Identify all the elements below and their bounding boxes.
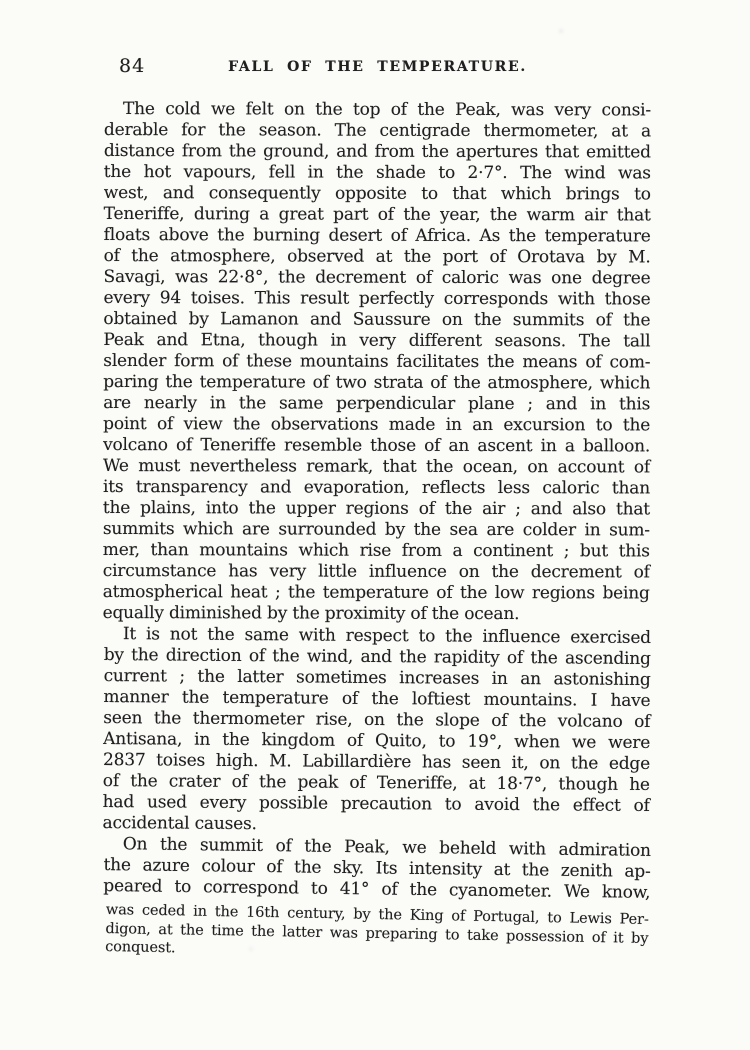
scan-artifact — [0, 0, 2, 2]
footnote: was ceded in the 16th century, by the Ki… — [105, 901, 649, 966]
text-line: mer, than mountains which rise from a co… — [103, 540, 650, 562]
text-line: atmospherical heat ; the temperature of … — [103, 582, 650, 604]
paragraph-1: The cold we felt on the top of the Peak,… — [103, 99, 651, 625]
text-line: its transparency and evaporation, reflec… — [103, 477, 650, 499]
text-line: equally diminished by the proximity of t… — [103, 603, 650, 625]
body-text: The cold we felt on the top of the Peak,… — [104, 99, 651, 897]
text-line: obtained by Lamanon and Saussure on the … — [103, 309, 650, 331]
text-line: the plains, into the upper regions of th… — [103, 498, 650, 520]
text-line: summits which are surrounded by the sea … — [103, 519, 650, 541]
page-header: 84 FALL OF THE TEMPERATURE. — [104, 55, 651, 79]
text-line: point of view the observations made in a… — [103, 414, 650, 436]
text-line: Peak and Etna, though in very different … — [103, 330, 650, 352]
text-line: slender form of these mountains facilita… — [103, 351, 650, 373]
book-page: 84 FALL OF THE TEMPERATURE. The cold we … — [0, 0, 750, 1050]
text-line: paring the temperature of two strata of … — [103, 372, 650, 394]
text-line: We must nevertheless remark, that the oc… — [103, 456, 650, 478]
text-line: are nearly in the same perpendicular pla… — [103, 393, 650, 415]
paragraph-2: It is not the same with respect to the i… — [102, 624, 651, 838]
text-line: the hot vapours, fell in the shade to 2·… — [104, 162, 651, 184]
text-line: every 94 toises. This result perfectly c… — [103, 288, 650, 310]
text-line: Teneriffe, during a great part of the ye… — [104, 204, 651, 226]
text-line: of the atmosphere, observed at the port … — [104, 246, 651, 268]
running-title: FALL OF THE TEMPERATURE. — [104, 59, 651, 75]
text-line: derable for the season. The centigrade t… — [104, 120, 651, 142]
text-line: circumstance has very little influence o… — [103, 561, 650, 583]
text-line: floats above the burning desert of Afric… — [104, 225, 651, 247]
paragraph-3: On the summit of the Peak, we beheld wit… — [103, 834, 651, 904]
text-line: west, and consequently opposite to that … — [104, 183, 651, 205]
text-line: volcano of Teneriffe resemble those of a… — [103, 435, 650, 457]
text-line: Savagi, was 22·8°, the decrement of calo… — [104, 267, 651, 289]
text-line: distance from the ground, and from the a… — [104, 141, 651, 163]
text-line: The cold we felt on the top of the Peak,… — [104, 99, 651, 121]
